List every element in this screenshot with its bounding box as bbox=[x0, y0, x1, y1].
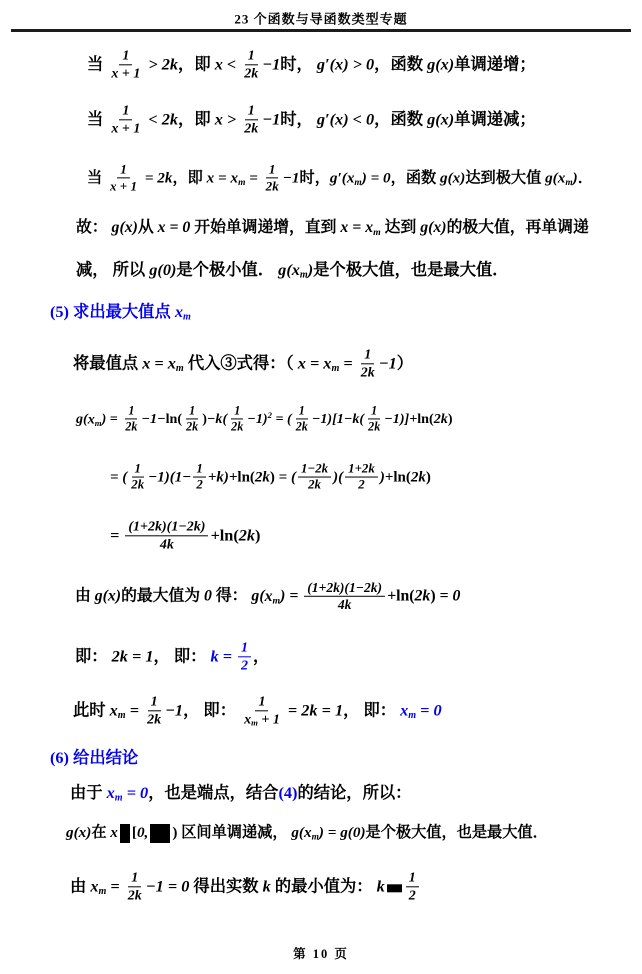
fraction: 12k bbox=[264, 162, 281, 193]
page-header-title: 23 个函数与导函数类型专题 bbox=[0, 9, 642, 28]
summary-part2: 减， 所以 g(0)是个极小值． g(xm)是个极大值，也是最大值． bbox=[76, 260, 509, 280]
fraction: 12k bbox=[123, 404, 139, 433]
k-minimum-line: 由 xm = 12k−1 = 0 得出实数 k 的最小值为： k12 bbox=[70, 871, 421, 904]
fraction: 12 bbox=[238, 640, 251, 673]
gxm-expansion-1: g(xm) = 12k−1−ln(12k)−k(12k−1)2 = (12k−1… bbox=[76, 405, 453, 434]
fraction: 12k bbox=[366, 404, 382, 433]
gxm-expansion-3: = (1+2k)(1−2k)4k+ln(2k) bbox=[110, 520, 260, 553]
section-5-heading: (5) 求出最大值点 xm bbox=[50, 302, 191, 322]
gxm-expansion-2: = (12k−1)(1−12+k)+ln(2k) = (1−2k2k)(1+2k… bbox=[110, 463, 431, 494]
fraction: 12k bbox=[242, 48, 260, 81]
conclusion-premise: 由于 xm = 0，也是端点，结合(4)的结论，所以： bbox=[70, 783, 411, 803]
k-solution-line: 即： 2k = 1， 即： k = 12， bbox=[75, 641, 269, 674]
fraction: 12k bbox=[359, 347, 377, 380]
monotonic-decrease-case: 当 1x + 1 < 2k，即 x > 12k−1时， g′(x) < 0，函数… bbox=[87, 104, 536, 137]
maximum-case: 当 1x + 1 = 2k，即 x = xm = 12k−1时，g′(xm) =… bbox=[87, 163, 593, 194]
fraction: (1+2k)(1−2k)4k bbox=[125, 519, 208, 552]
missing-glyph-box bbox=[150, 824, 170, 843]
fraction: 12 bbox=[193, 462, 205, 493]
fraction: 12k bbox=[145, 694, 163, 727]
fraction: 1x + 1 bbox=[109, 48, 142, 81]
xm-solution-line: 此时 xm = 12k−1， 即： 1xm + 1 = 2k = 1， 即： x… bbox=[73, 695, 442, 728]
summary-part1: 故： g(x)从 x = 0 开始单调递增，直到 x = xm 达到 g(x)的… bbox=[76, 218, 589, 238]
fraction: 12k bbox=[294, 404, 310, 433]
fraction: 1xm + 1 bbox=[242, 694, 282, 727]
header-rule bbox=[11, 29, 631, 32]
fraction: 12k bbox=[184, 404, 200, 433]
max-value-zero-line: 由 g(x)的最大值为 0 得： g(xm) = (1+2k)(1−2k)4k+… bbox=[75, 581, 460, 613]
conclusion-interval: g(x)在 x[0,) 区间单调递减， g(xm) = g(0)是个极大值，也是… bbox=[66, 823, 548, 843]
fraction: 12k bbox=[129, 462, 146, 493]
substitute-line: 将最值点 x = xm 代入③式得：（ x = xm = 12k−1） bbox=[73, 348, 413, 381]
fraction: 1+2k2 bbox=[345, 462, 378, 493]
document-page: 23 个函数与导函数类型专题 当 1x + 1 > 2k，即 x < 12k−1… bbox=[0, 0, 642, 974]
fraction: 12k bbox=[242, 103, 260, 136]
missing-glyph-box bbox=[387, 884, 402, 892]
page-number: 第 10 页 bbox=[0, 944, 642, 962]
fraction: 1x + 1 bbox=[108, 162, 139, 193]
fraction: 12 bbox=[406, 870, 419, 903]
section-6-heading: (6) 给出结论 bbox=[50, 748, 138, 768]
fraction: 12k bbox=[126, 870, 144, 903]
fraction: 12k bbox=[229, 404, 245, 433]
fraction: (1+2k)(1−2k)4k bbox=[304, 580, 385, 612]
missing-glyph-box bbox=[120, 824, 130, 843]
fraction: 1−2k2k bbox=[298, 462, 331, 493]
monotonic-increase-case: 当 1x + 1 > 2k，即 x < 12k−1时， g′(x) > 0，函数… bbox=[87, 49, 536, 82]
fraction: 1x + 1 bbox=[109, 103, 142, 136]
